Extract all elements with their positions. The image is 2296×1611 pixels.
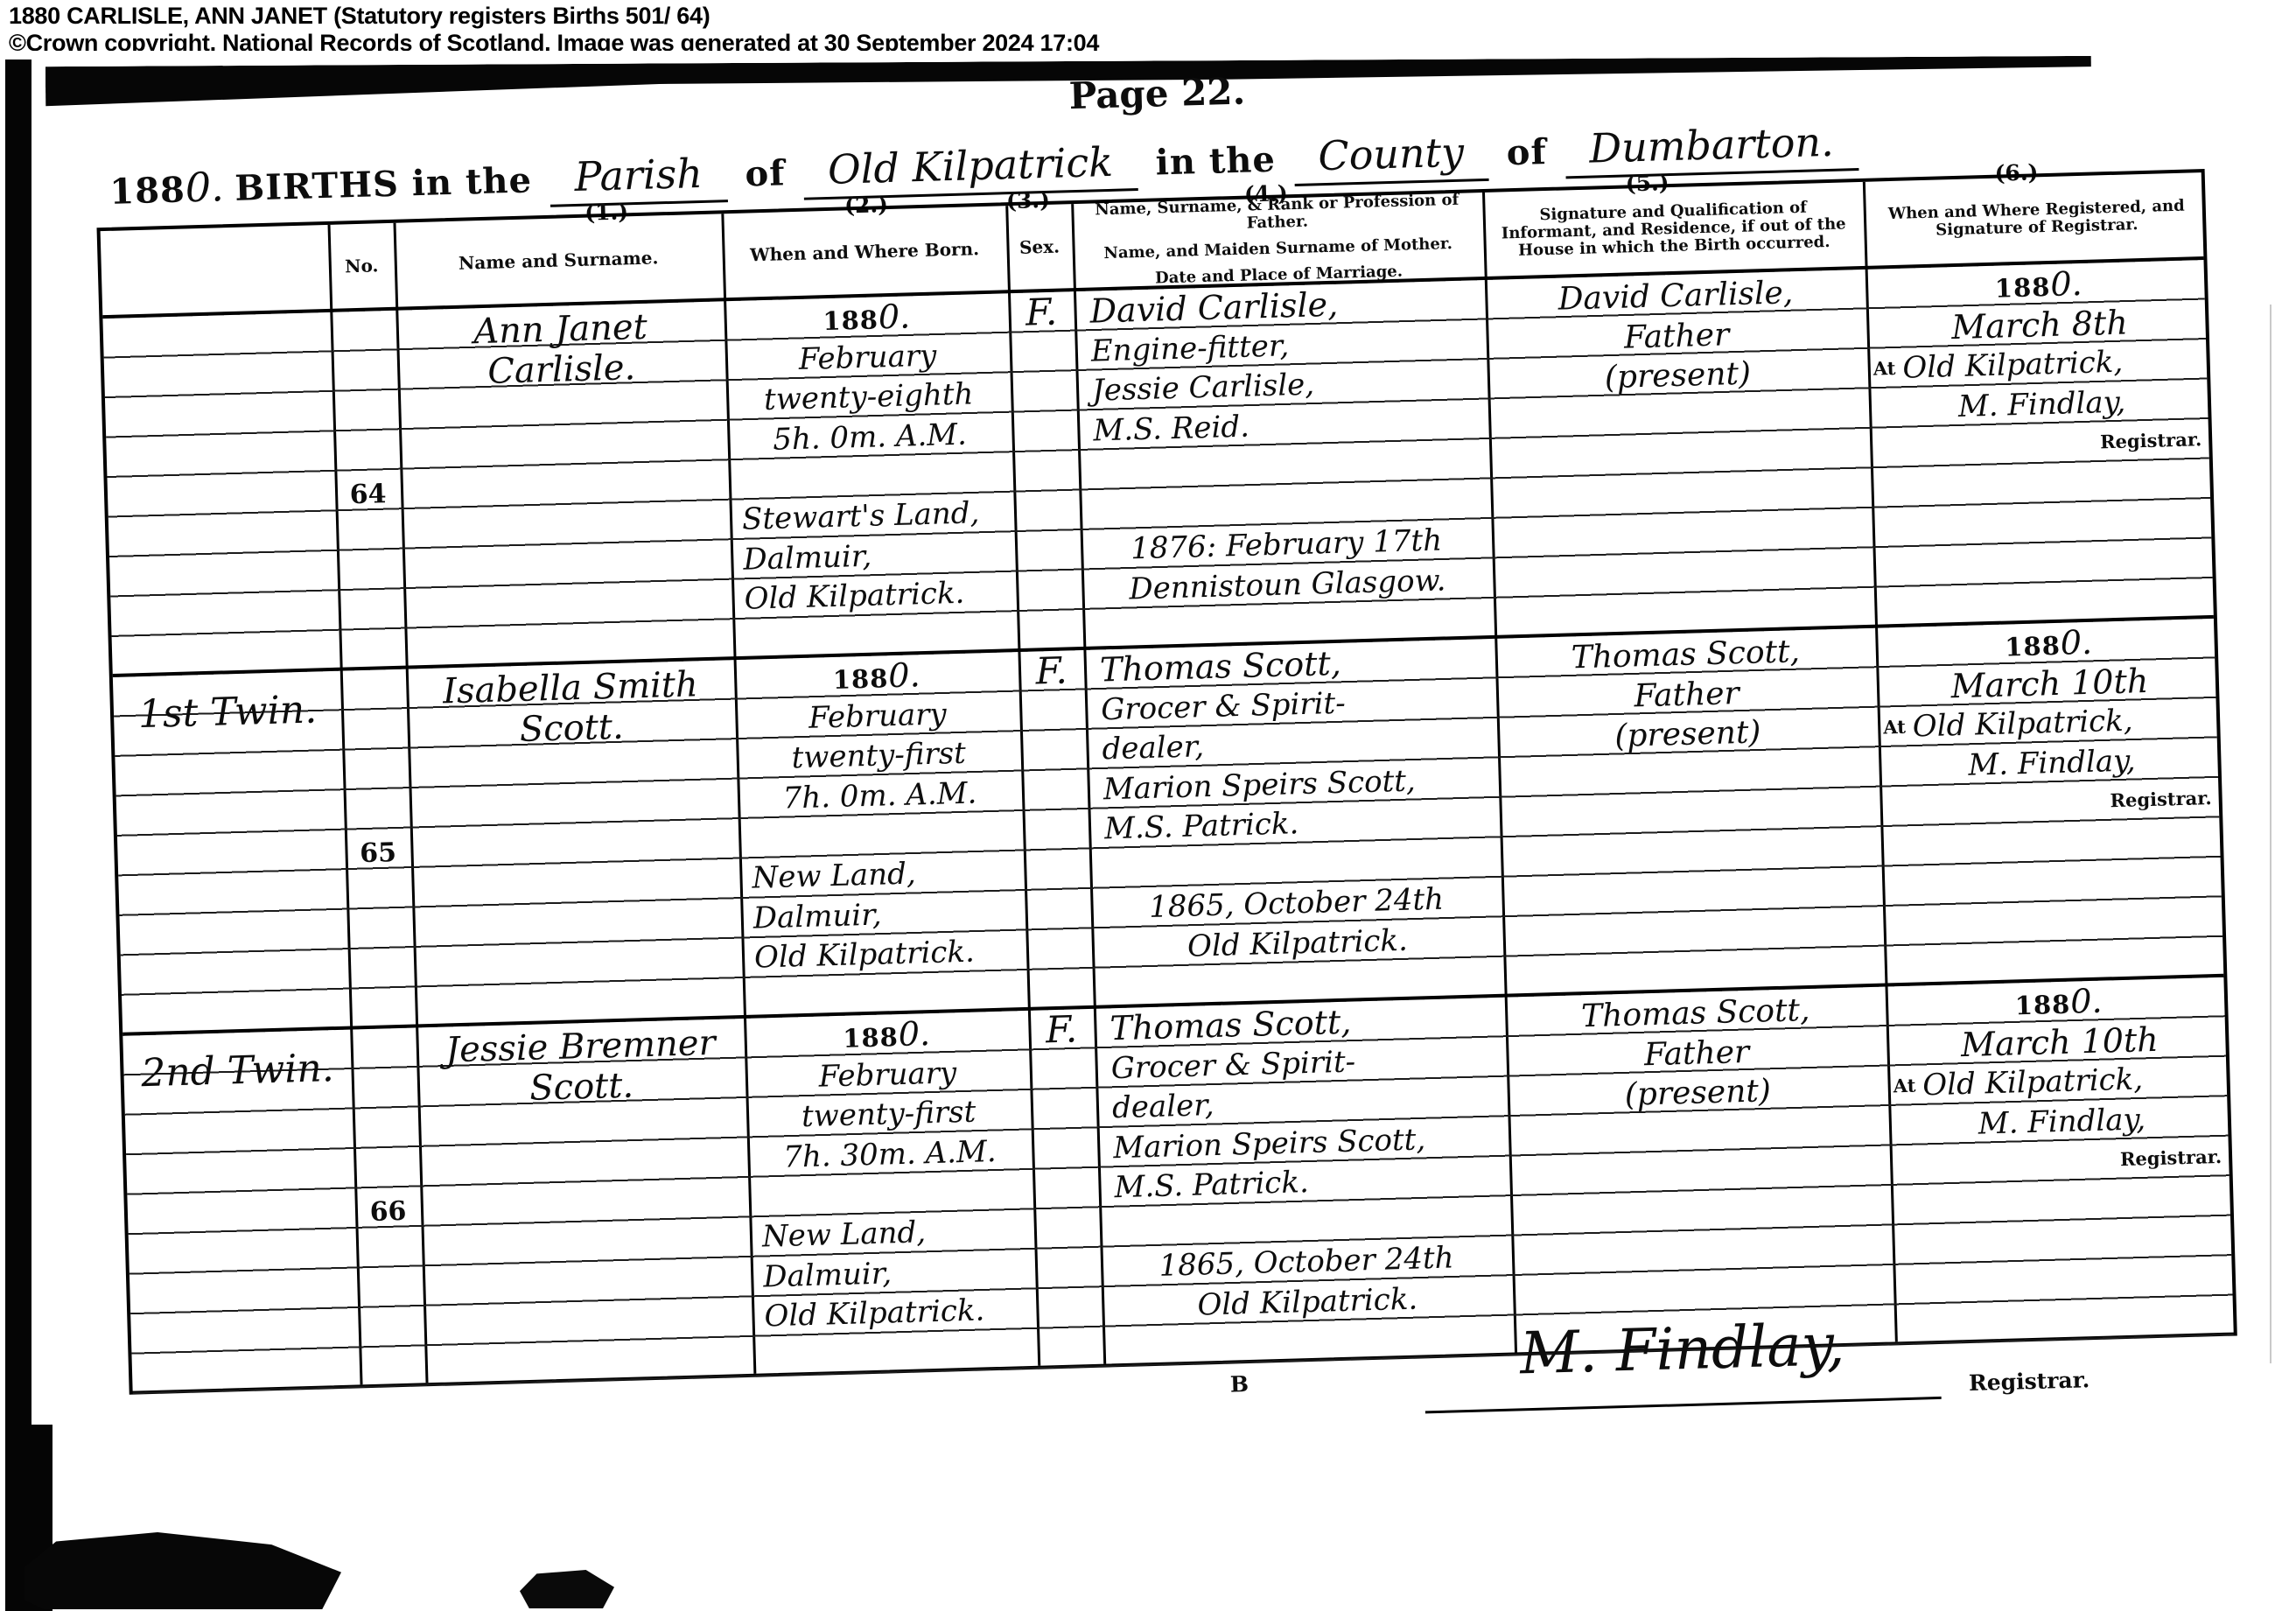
informant-details: Thomas Scott, Father (present) [1505,989,1889,1119]
birth-date: 1880. February twenty-first 7h. 0m. A.M. [734,652,1023,819]
header-sex: Sex. [1005,204,1074,290]
header-born: When and Where Born. [721,206,1008,298]
margin-note: 1st Twin. [113,687,341,738]
reg-year-printed: 188 [2005,631,2061,662]
header-registered: When and Where Registered, and Signature… [1863,172,2211,266]
marriage-details: 1865, October 24th Old Kilpatrick. [1090,878,1503,969]
reg-year-hand: 0. [2060,623,2092,662]
sex-value: F. [1028,1009,1095,1051]
year-hand: 0. [878,297,910,336]
title-year-hand: 0. [185,163,224,211]
child-name: Isabella Smith Scott. [406,663,736,752]
reg-year-hand: 0. [2050,264,2082,304]
child-forenames: Isabella Smith [406,663,735,712]
born-cell: 1880. February twenty-first 7h. 30m. A.M… [744,1011,1038,1377]
no-cell: 64 [330,311,405,668]
header-father-line2: Name, and Maiden Surname of Mother. [1103,235,1452,263]
header-father: Name, Surname, & Rank or Profession of F… [1071,193,1484,288]
parents-details: Thomas Scott, Grocer & Spirit- dealer, M… [1099,639,1500,849]
entry-number: 66 [355,1195,422,1228]
reg-year-printed: 188 [1994,272,2050,304]
title-parish-name-hand: Old Kilpatrick [802,137,1138,200]
year-printed: 188 [822,305,878,336]
registration-details: 1880. March 8th AtOld Kilpatrick, M. Fin… [1865,260,2216,468]
margin-cell [102,312,339,674]
registered-cell: 1880. March 10th AtOld Kilpatrick, M. Fi… [1875,619,2230,984]
record-title: 1880 CARLISLE, ANN JANET (Statutory regi… [9,3,1099,30]
year-hand: 0. [898,1014,930,1054]
at-label: At [1883,716,1906,739]
parents-cell: David Carlisle, Engine-fitter, Jessie Ca… [1074,280,1494,647]
entry-row-65: 1st Twin. 65 Isabella Smith Scott. 1880.… [113,619,2224,1036]
births-register-table: No. Name and Surname. When and Where Bor… [97,169,2237,1395]
registration-place: Old Kilpatrick, [1922,1061,2144,1103]
child-name: Ann Janet Carlisle. [395,305,725,393]
registrar-signature-footer: M. Findlay, [1423,1308,1942,1413]
birth-place-line3: Old Kilpatrick. [744,571,1017,619]
registration-place: Old Kilpatrick, [1902,345,2124,386]
sex-cell: F. [1008,291,1083,648]
registration-details: 1880. March 10th AtOld Kilpatrick, M. Fi… [1886,977,2236,1186]
name-cell: Jessie Bremner Scott. [416,1019,753,1386]
birth-place-line1: Stewart's Land, [741,492,1014,539]
parents-cell: Thomas Scott, Grocer & Spirit- dealer, M… [1083,639,1504,1005]
registrar-label: Registrar. [1890,1136,2236,1186]
birth-day: twenty-eighth [726,373,1011,421]
name-cell: Isabella Smith Scott. [406,660,744,1024]
at-label: At [1893,1075,1915,1097]
informant-cell: Thomas Scott, Father (present) [1494,628,1885,994]
no-cell: 65 [340,669,416,1026]
page-letter-marker: B [1230,1371,1249,1397]
marriage-details: 1865, October 24th Old Kilpatrick. [1100,1236,1513,1327]
born-cell: 1880. February twenty-eighth 5h. 0m. A.M… [724,293,1018,656]
title-of-2: of [1506,131,1547,173]
entry-number: 65 [345,837,411,870]
registered-cell: 1880. March 8th AtOld Kilpatrick, M. Fin… [1865,260,2221,625]
header-no: No. [328,223,396,309]
year-printed: 188 [832,663,888,695]
birth-place-line3: Old Kilpatrick. [753,930,1026,977]
header-father-line1: Name, Surname, & Rank or Profession of F… [1080,191,1474,237]
no-cell: 66 [350,1027,425,1388]
header-divider [1247,235,1308,237]
reg-year-hand: 0. [2070,982,2103,1021]
title-year-printed: 188 [109,169,186,212]
informant-details: Thomas Scott, Father (present) [1494,630,1879,760]
birth-place: New Land, Dalmuir, Old Kilpatrick. [752,851,1027,977]
year-hand: 0. [888,655,920,695]
registrar-label-footer: Registrar. [1969,1367,2090,1396]
sex-cell: F. [1018,650,1093,1007]
parents-details: David Carlisle, Engine-fitter, Jessie Ca… [1089,280,1489,451]
registrar-label: Registrar. [1879,778,2226,828]
informant-details: David Carlisle, Father (present) [1485,271,1869,402]
birth-date: 1880. February twenty-first 7h. 30m. A.M… [744,1011,1032,1178]
margin-note [103,328,331,334]
birth-date: 1880. February twenty-eighth 5h. 0m. A.M… [724,293,1012,460]
margin-note: 2nd Twin. [123,1046,352,1096]
register-page: Page 22. 1880. BIRTHS in the Parish of O… [0,0,2296,1611]
header-name: Name and Surname. [393,214,724,306]
birth-time: 7h. 30m. A.M. [747,1130,1032,1178]
title-county-name-hand: Dumbarton. [1564,117,1859,179]
sex-value: F. [1008,291,1074,333]
registration-place: Old Kilpatrick, [1912,704,2133,745]
margin-cell: 1st Twin. [113,671,350,1033]
child-forenames: Jessie Bremner [416,1022,745,1071]
title-births-label: BIRTHS in the [234,159,533,208]
birth-place-line3: Old Kilpatrick. [764,1289,1037,1336]
page-number: Page 22. [1068,70,1246,118]
title-in-the: in the [1155,139,1276,184]
header-divider [1248,262,1309,263]
marriage-details: 1876: February 17th Dennistoun Glasgow. [1081,519,1494,610]
title-county-hand: County [1293,128,1489,186]
birth-time: 7h. 0m. A.M. [737,772,1022,820]
registration-details: 1880. March 10th AtOld Kilpatrick, M. Fi… [1875,619,2226,827]
born-cell: 1880. February twenty-first 7h. 0m. A.M.… [734,652,1028,1015]
entry-number: 64 [335,479,402,511]
header-informant: Signature and Qualification of Informant… [1482,182,1865,277]
at-label: At [1872,357,1895,380]
parents-details: Thomas Scott, Grocer & Spirit- dealer, M… [1109,998,1510,1208]
registrar-signature-block: M. Findlay, Registrar. [1423,1304,2090,1413]
registrar-label: Registrar. [1870,419,2216,469]
entry-row-64: 64 Ann Janet Carlisle. 1880. February tw… [102,260,2214,677]
informant-cell: Thomas Scott, Father (present) [1505,987,1895,1356]
birth-place: New Land, Dalmuir, Old Kilpatrick. [761,1209,1037,1336]
registered-cell: 1880. March 10th AtOld Kilpatrick, M. Fi… [1886,977,2241,1346]
parents-cell: Thomas Scott, Grocer & Spirit- dealer, M… [1094,998,1515,1368]
reg-year-printed: 188 [2014,990,2070,1021]
informant-cell: David Carlisle, Father (present) [1485,270,1875,635]
birth-place: Stewart's Land, Dalmuir, Old Kilpatrick. [741,492,1017,619]
title-parish-hand: Parish [549,149,728,207]
name-cell: Ann Janet Carlisle. [395,301,733,665]
child-surname: Carlisle. [397,345,726,394]
year-printed: 188 [843,1022,899,1054]
register-scan: Page 22. 1880. BIRTHS in the Parish of O… [0,51,2296,1611]
margin-cell: 2nd Twin. [122,1030,360,1395]
title-of-1: of [745,152,786,194]
sex-value: F. [1018,650,1084,692]
child-name: Jessie Bremner Scott. [416,1022,745,1110]
sex-cell: F. [1028,1009,1103,1369]
